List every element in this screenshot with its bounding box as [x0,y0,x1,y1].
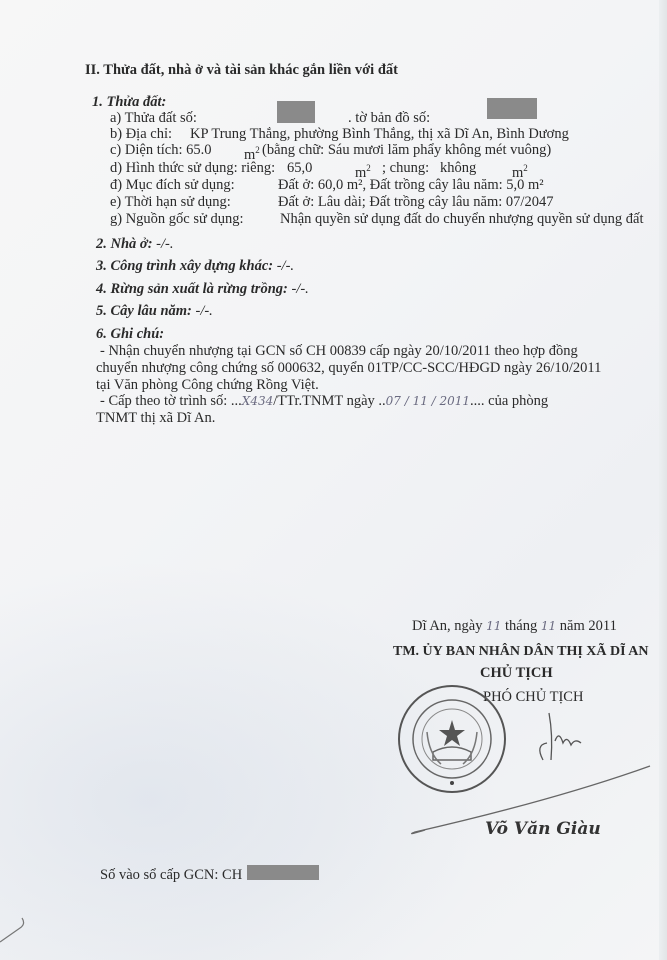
registry-number-label: Số vào sổ cấp GCN: CH [100,867,242,884]
address-value: KP Trung Thắng, phường Bình Thắng, thị x… [190,126,569,143]
area-label: c) Diện tích: 65.0 [110,142,211,159]
term-label: e) Thời hạn sử dụng: [110,194,231,211]
origin-label: g) Nguồn gốc sử dụng: [110,211,244,228]
section-title: II. Thửa đất, nhà ở và tài sản khác gắn … [85,62,398,79]
private-area: 65,0 [287,160,312,177]
purpose-label: đ) Mục đích sử dụng: [110,177,235,194]
purpose-value: Đất ở: 60,0 m², Đất trồng cây lâu năm: 5… [278,177,544,194]
map-sheet-label: . tờ bản đồ số: [348,110,430,127]
signer-name: Võ Văn Giàu [485,821,601,838]
issuing-authority: TM. ỦY BAN NHÂN DÂN THỊ XÃ DĨ AN [393,643,649,660]
land-parcel-label: a) Thửa đất số: [110,110,197,127]
usage-form-label: d) Hình thức sử dụng: riêng: [110,160,275,177]
page-corner-mark-icon [0,910,30,950]
origin-value: Nhận quyền sử dụng đất do chuyển nhượng … [280,211,643,228]
common-label: ; chung: [382,160,429,177]
redacted-registry-number [247,865,319,880]
notes-line-3: tại Văn phòng Công chứng Rồng Việt. [96,377,319,394]
perennial-item: 5. Cây lâu năm: -/-. [96,303,213,320]
redacted-map-number [487,98,537,119]
notes-heading: 6. Ghi chú: [96,326,164,343]
sign-date: Dĩ An, ngày 11 tháng 11 năm 2011 [412,618,617,635]
chairman-title: CHỦ TỊCH [480,665,553,682]
page-edge [659,0,667,960]
house-item: 2. Nhà ở: -/-. [96,236,173,253]
address-label: b) Địa chỉ: [110,126,172,143]
notes-line-5: TNMT thị xã Dĩ An. [96,410,215,427]
redacted-parcel-number [277,101,315,123]
forest-item: 4. Rừng sản xuất là rừng trồng: -/-. [96,281,309,298]
certificate-page: II. Thửa đất, nhà ở và tài sản khác gắn … [0,0,667,960]
term-value: Đất ở: Lâu dài; Đất trồng cây lâu năm: 0… [278,194,553,211]
notes-line-2: chuyển nhượng công chứng số 000632, quyể… [96,360,601,377]
area-in-words: (bằng chữ: Sáu mươi lăm phẩy không mét v… [262,142,551,159]
handwritten-signature-icon [525,705,605,765]
other-construction-item: 3. Công trình xây dựng khác: -/-. [96,258,294,275]
notes-line-4: - Cấp theo tờ trình số: ...X434/TTr.TNMT… [100,393,548,410]
notes-line-1: - Nhận chuyển nhượng tại GCN số CH 00839… [100,343,578,360]
land-heading: 1. Thửa đất: [92,94,166,111]
common-value: không [440,160,476,177]
